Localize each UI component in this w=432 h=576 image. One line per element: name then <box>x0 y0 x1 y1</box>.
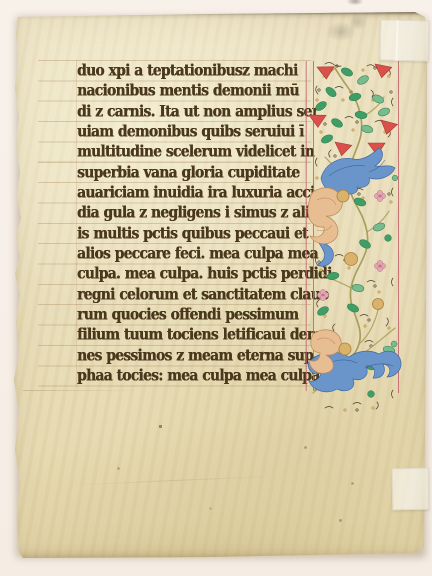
text-line: multitudine scelerum videlicet in <box>77 141 307 163</box>
text-line: auariciam inuidia ira luxuria acci <box>77 181 307 203</box>
text-line: nacionibus mentis demonii mū <box>77 80 307 102</box>
ink-smudge <box>322 14 370 46</box>
text-line: uiam demonibus quibs seruiui ī <box>77 120 307 142</box>
illuminated-border <box>305 60 405 412</box>
text-line: superbia vana gloria cupiditate <box>77 161 307 183</box>
tape-top-right <box>379 19 429 61</box>
text-line: phaa tocies: mea culpa mea culpa. <box>77 364 307 386</box>
parchment-page: duo xpi a teptationibusz machi nacionibu… <box>11 12 428 558</box>
text-line: is multis pctis quibus peccaui et <box>77 222 307 244</box>
fold-crease <box>23 390 143 391</box>
text-block: duo xpi a teptationibusz machi nacionibu… <box>77 60 319 386</box>
text-line: di z carnis. Ita ut non amplius ser <box>77 100 307 122</box>
ink-specks <box>0 0 1 1</box>
tape-right-lower <box>392 468 430 511</box>
text-line: culpa. mea culpa. huis pctis perdidi <box>77 263 307 285</box>
text-line: filium tuum tociens letificaui demo <box>77 324 307 346</box>
text-line: rum quocies offendi pessimum <box>77 303 307 325</box>
edge-mark <box>346 0 364 6</box>
fold-crease <box>71 475 281 485</box>
text-line: duo xpi a teptationibusz machi <box>77 59 307 81</box>
text-line: regni celorum et sanctitatem clauo <box>77 283 307 305</box>
text-line: alios peccare feci. mea culpa mea <box>77 242 307 264</box>
text-line: nes pessimos z meam eterna sup <box>77 344 307 366</box>
manuscript-photo: duo xpi a teptationibusz machi nacionibu… <box>0 0 432 576</box>
text-line: dia gula z negligens i simus z ali <box>77 202 307 224</box>
